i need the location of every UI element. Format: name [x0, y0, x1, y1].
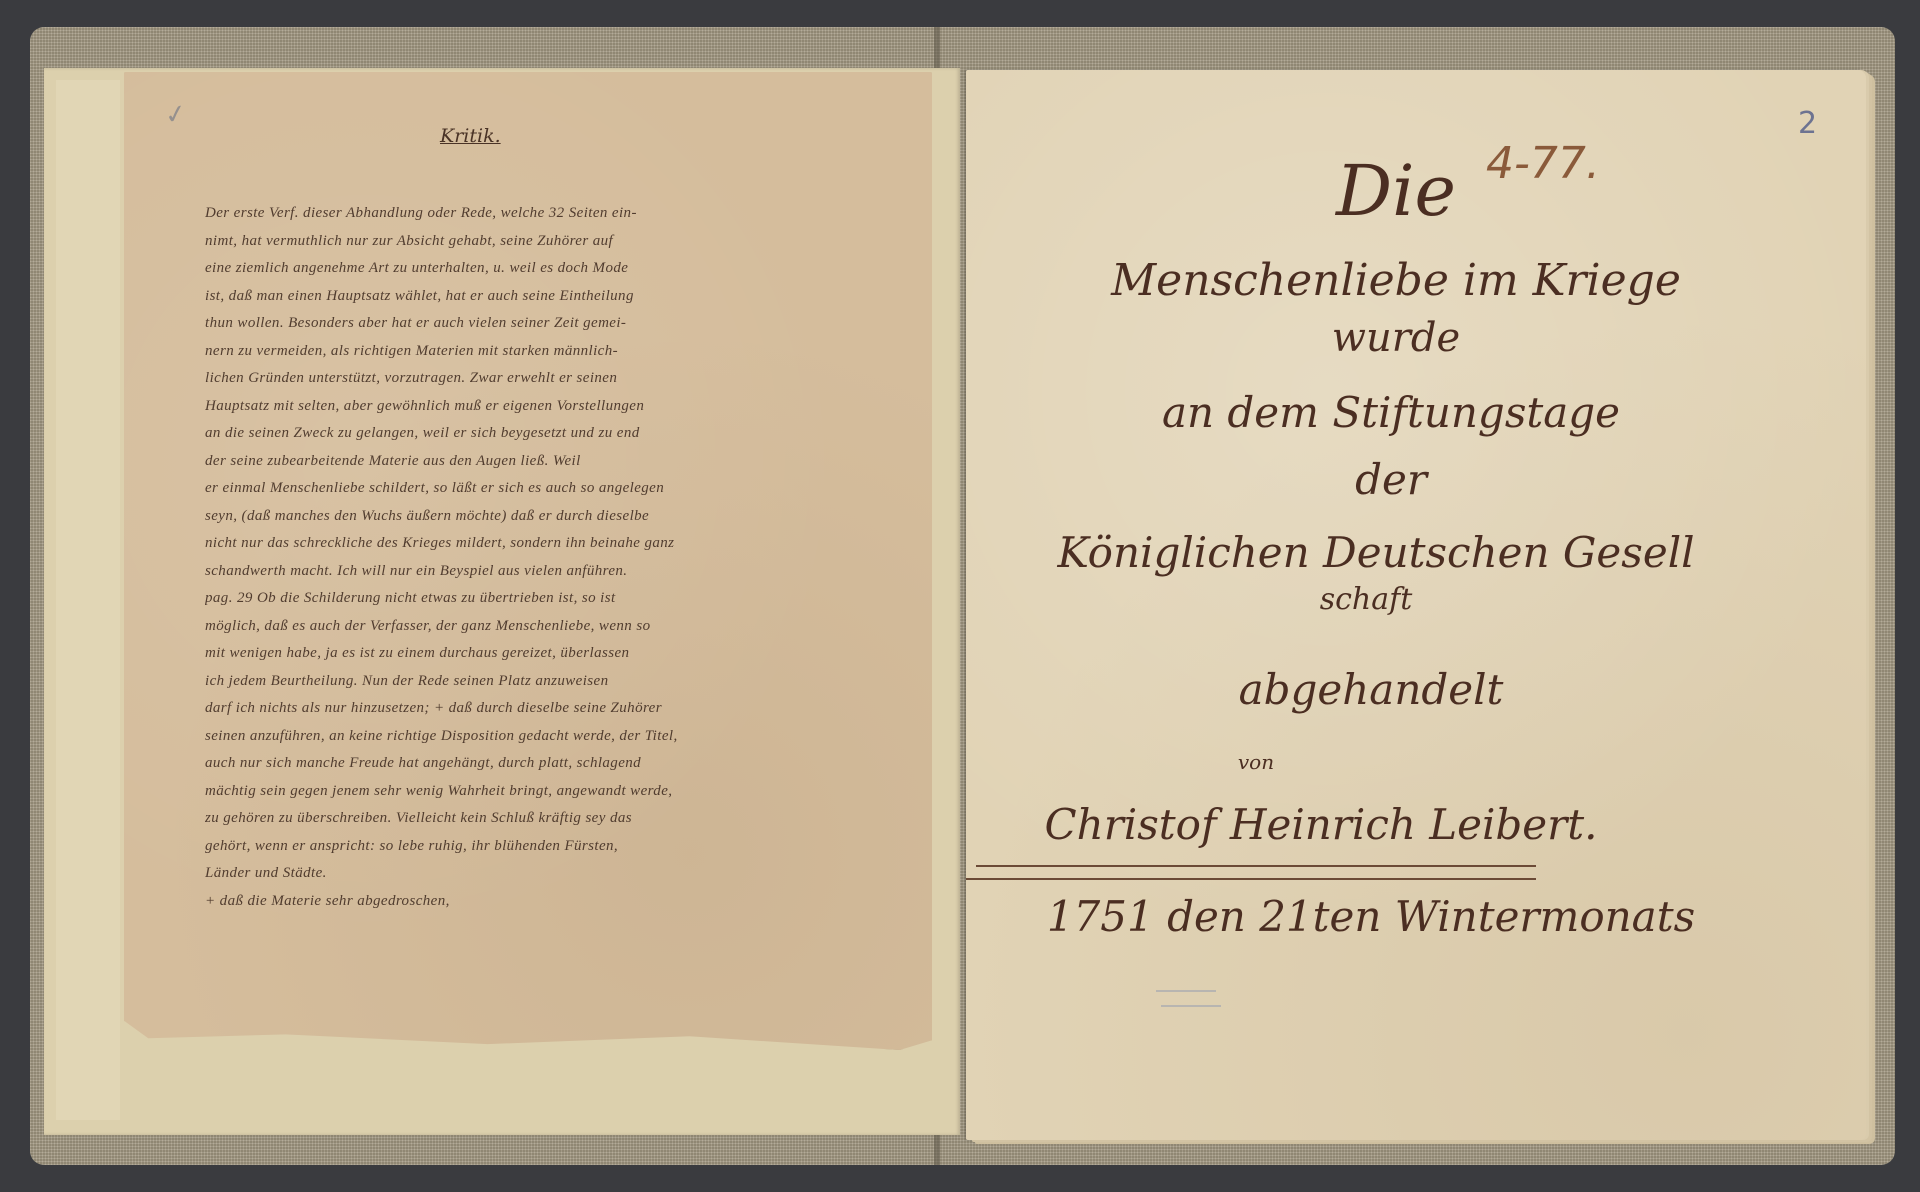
- title-line-gesellschaft: Königlichen Deutschen Gesell: [926, 528, 1826, 577]
- manuscript-line: darf ich nichts als nur hinzusetzen; + d…: [205, 695, 930, 723]
- manuscript-line: nimt, hat vermuthlich nur zur Absicht ge…: [205, 228, 930, 256]
- date-line: 1751 den 21ten Wintermonats: [921, 892, 1821, 941]
- manuscript-line: pag. 29 Ob die Schilderung nicht etwas z…: [205, 585, 930, 613]
- manuscript-line: thun wollen. Besonders aber hat er auch …: [205, 310, 930, 338]
- pencil-dash-2: [1161, 1005, 1221, 1007]
- underline-rule-2: [966, 878, 1536, 880]
- manuscript-line: er einmal Menschenliebe schildert, so lä…: [205, 475, 930, 503]
- manuscript-line: ist, daß man einen Hauptsatz wählet, hat…: [205, 283, 930, 311]
- title-line-wurde: wurde: [946, 315, 1846, 361]
- mount-margin-strip: [56, 80, 120, 1120]
- manuscript-line: lichen Gründen unterstützt, vorzutragen.…: [205, 365, 930, 393]
- manuscript-heading: Kritik.: [440, 125, 501, 147]
- manuscript-line: zu gehören zu überschreiben. Vielleicht …: [205, 805, 930, 833]
- manuscript-line: schandwerth macht. Ich will nur ein Beys…: [205, 558, 930, 586]
- title-line-schaft: schaft: [916, 582, 1816, 617]
- pencil-page-number: 2: [1798, 106, 1817, 141]
- manuscript-line: Der erste Verf. dieser Abhandlung oder R…: [205, 200, 930, 228]
- manuscript-line: nicht nur das schreckliche des Krieges m…: [205, 530, 930, 558]
- underline-rule-1: [976, 865, 1536, 867]
- manuscript-line: der seine zubearbeitende Materie aus den…: [205, 448, 930, 476]
- manuscript-line: an die seinen Zweck zu gelangen, weil er…: [205, 420, 930, 448]
- manuscript-line: seinen anzuführen, an keine richtige Dis…: [205, 723, 930, 751]
- manuscript-line: Länder und Städte.: [205, 860, 930, 888]
- manuscript-line: mit wenigen habe, ja es ist zu einem dur…: [205, 640, 930, 668]
- title-line-der: der: [941, 455, 1841, 504]
- title-line-die: Die: [946, 150, 1846, 232]
- manuscript-line: möglich, daß es auch der Verfasser, der …: [205, 613, 930, 641]
- manuscript-line: mächtig sein gegen jenem sehr wenig Wahr…: [205, 778, 930, 806]
- manuscript-line: seyn, (daß manches den Wuchs äußern möch…: [205, 503, 930, 531]
- manuscript-text-block: Der erste Verf. dieser Abhandlung oder R…: [205, 200, 930, 915]
- manuscript-line: Hauptsatz mit selten, aber gewöhnlich mu…: [205, 393, 930, 421]
- title-line-stiftungstage: an dem Stiftungstage: [941, 388, 1841, 437]
- title-line-menschenliebe: Menschenliebe im Kriege: [946, 255, 1846, 306]
- right-title-page: 4-77. 2 Die Menschenliebe im Kriege wurd…: [966, 70, 1866, 1140]
- title-line-abgehandelt: abgehandelt: [921, 665, 1821, 714]
- manuscript-line: ich jedem Beurtheilung. Nun der Rede sei…: [205, 668, 930, 696]
- manuscript-line: + daß die Materie sehr abgedroschen,: [205, 888, 930, 916]
- manuscript-line: nern zu vermeiden, als richtigen Materie…: [205, 338, 930, 366]
- pencil-dash-1: [1156, 990, 1216, 992]
- title-line-von: von: [806, 750, 1706, 774]
- manuscript-line: eine ziemlich angenehme Art zu unterhalt…: [205, 255, 930, 283]
- manuscript-line: gehört, wenn er anspricht: so lebe ruhig…: [205, 833, 930, 861]
- author-name: Christof Heinrich Leibert.: [871, 800, 1771, 849]
